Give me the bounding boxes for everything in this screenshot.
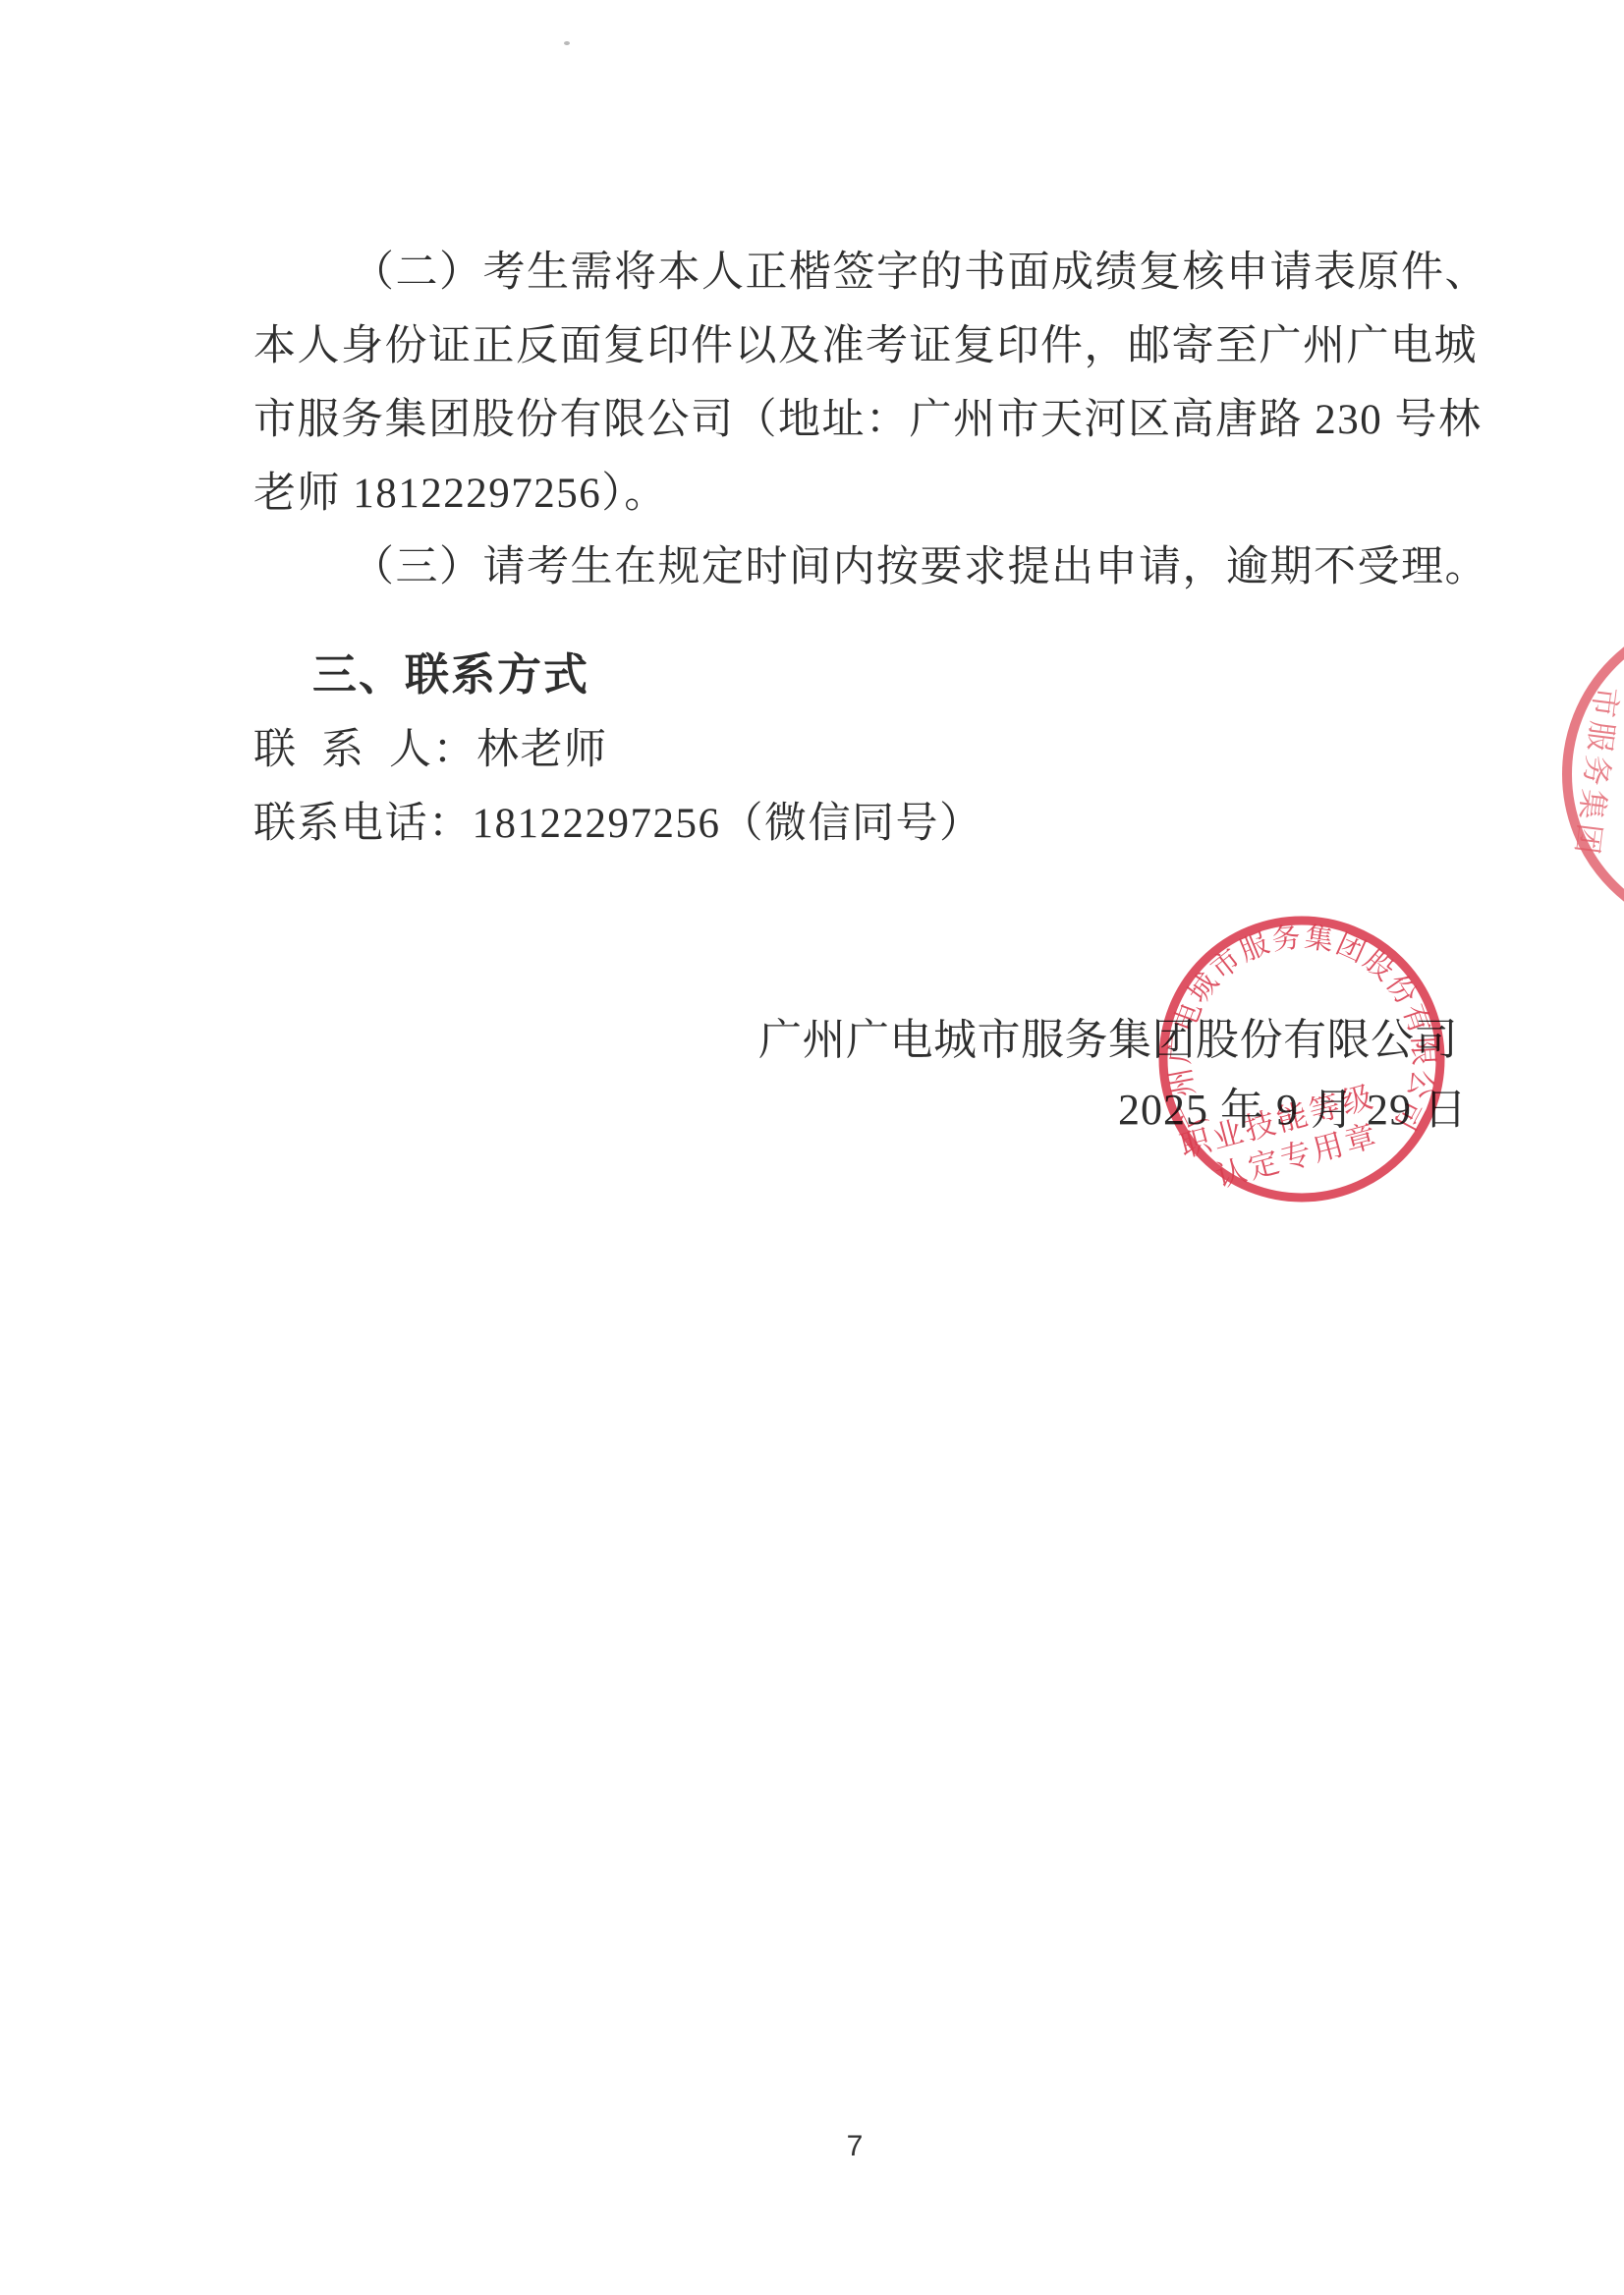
section-heading-contact: 三、联系方式 xyxy=(312,650,589,700)
paragraph-line-5: （三）请考生在规定时间内按要求提出申请，逾期不受理。 xyxy=(253,544,1488,590)
edge-partial-stamp: 市服务集团 xyxy=(1513,617,1624,941)
scan-artifact-dot xyxy=(564,41,570,45)
paragraph-line-2: 本人身份证正反面复印件以及准考证复印件，邮寄至广州广电城 xyxy=(253,323,1478,369)
paragraph-line-4: 老师 18122297256）。 xyxy=(253,471,668,517)
contact-person-line: 联 系 人：林老师 xyxy=(253,727,608,773)
paragraph-line-1: （二）考生需将本人正楷签字的书面成绩复核申请表原件、 xyxy=(253,250,1488,296)
company-seal-stamp: 广州广电城市服务集团股份有限公司 职业技能等级 认定专用章 xyxy=(1149,909,1454,1213)
document-page: （二）考生需将本人正楷签字的书面成绩复核申请表原件、 本人身份证正反面复印件以及… xyxy=(0,0,1624,2295)
contact-phone-line: 联系电话：18122297256（微信同号） xyxy=(253,801,983,847)
page-number: 7 xyxy=(815,2130,894,2162)
paragraph-line-3: 市服务集团股份有限公司（地址：广州市天河区高唐路 230 号林 xyxy=(253,397,1483,443)
